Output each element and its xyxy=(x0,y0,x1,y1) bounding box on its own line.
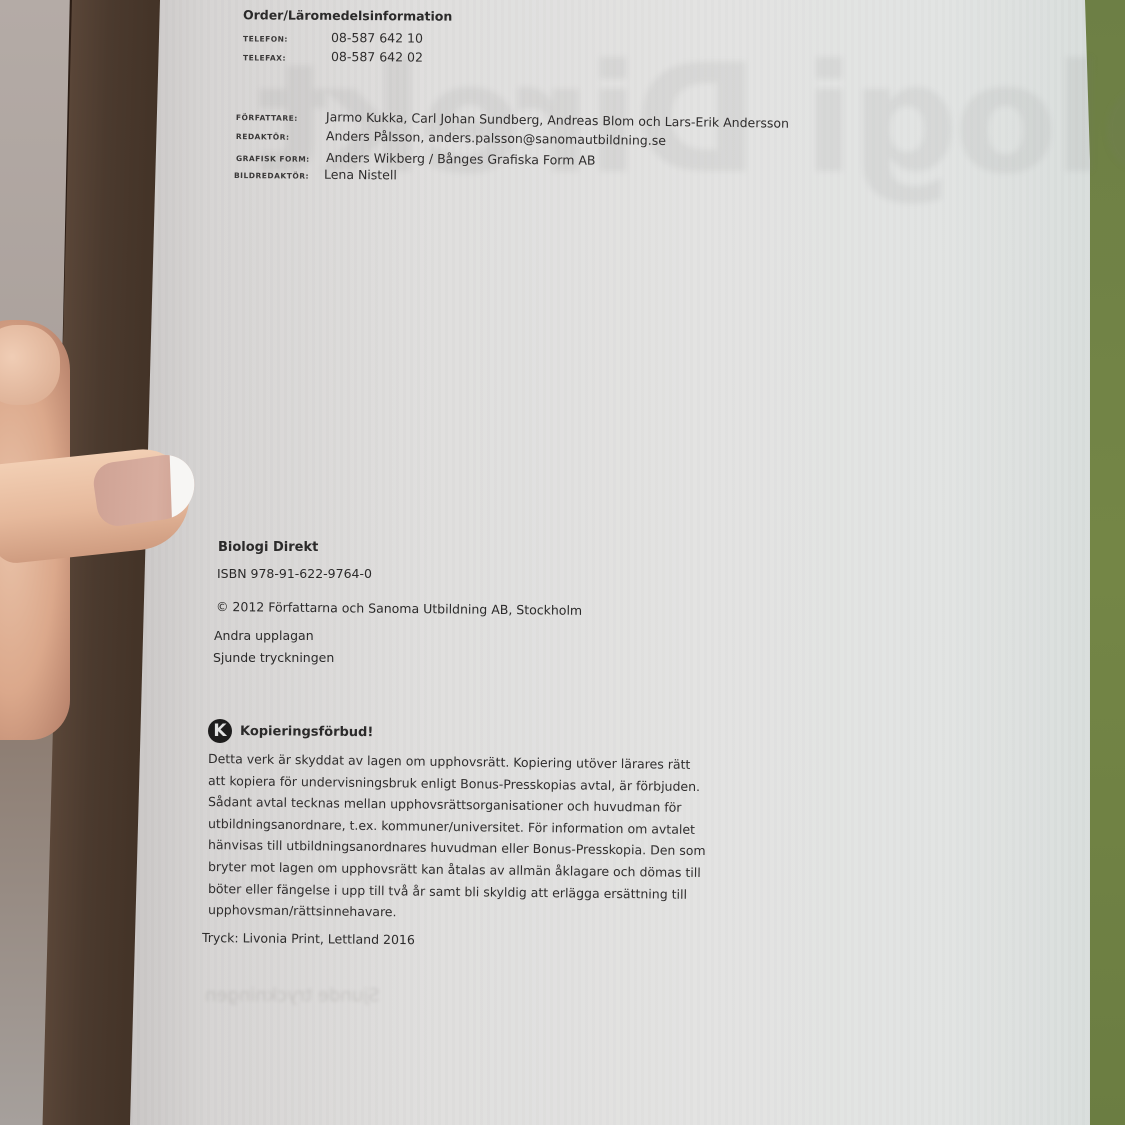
book-title: Biologi Direkt xyxy=(218,540,318,555)
edition: Andra upplagan xyxy=(214,628,314,643)
credit-label: REDAKTÖR: xyxy=(236,132,326,142)
credit-picture-editor: BILDREDAKTÖR: Lena Nistell xyxy=(234,166,397,182)
credit-value: Anders Wikberg / Bånges Grafiska Form AB xyxy=(326,150,596,168)
copy-notice-paragraph: Detta verk är skyddat av lagen om upphov… xyxy=(208,748,768,921)
isbn: ISBN 978-91-622-9764-0 xyxy=(217,566,372,581)
credit-label: FÖRFATTARE: xyxy=(236,113,326,123)
fax-label: TELEFAX: xyxy=(243,53,331,63)
printing: Sjunde tryckningen xyxy=(213,650,334,665)
phone-row: TELEFON: 08-587 642 10 xyxy=(243,29,423,45)
printer-info: Tryck: Livonia Print, Lettland 2016 xyxy=(202,930,415,947)
show-through-bottom-text: Sjunde tryckningen xyxy=(205,985,380,1006)
order-heading: Order/Läromedelsinformation xyxy=(243,7,452,23)
k-circle-icon: K xyxy=(208,719,232,743)
credit-value: Lena Nistell xyxy=(324,167,397,183)
fax-row: TELEFAX: 08-587 642 02 xyxy=(243,48,423,64)
credit-label: BILDREDAKTÖR: xyxy=(234,171,324,181)
credit-label: GRAFISK FORM: xyxy=(236,154,326,164)
copy-notice-heading: Kopieringsförbud! xyxy=(240,724,373,740)
fax-value: 08-587 642 02 xyxy=(331,49,423,65)
phone-value: 08-587 642 10 xyxy=(331,30,423,46)
phone-label: TELEFON: xyxy=(243,34,331,44)
